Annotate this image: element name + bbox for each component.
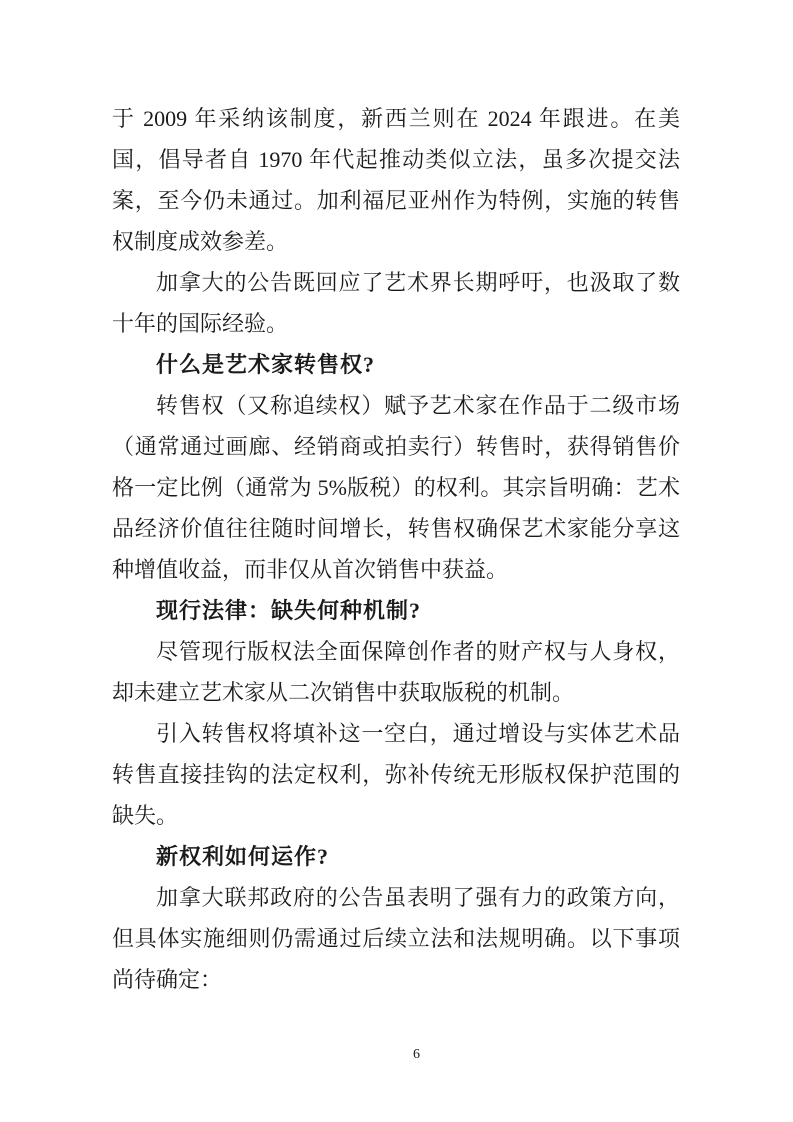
section-heading-current-law-gap: 现行法律：缺失何种机制? <box>112 590 680 631</box>
body-paragraph: 加拿大的公告既回应了艺术界长期呼吁，也汲取了数十年的国际经验。 <box>112 262 680 344</box>
section-heading-what-is-resale-right: 什么是艺术家转售权? <box>112 344 680 385</box>
body-paragraph: 尽管现行版权法全面保障创作者的财产权与人身权，却未建立艺术家从二次销售中获取版税… <box>112 631 680 713</box>
document-page: 于 2009 年采纳该制度，新西兰则在 2024 年跟进。在美国，倡导者自 19… <box>0 0 793 1122</box>
body-paragraph: 加拿大联邦政府的公告虽表明了强有力的政策方向，但具体实施细则仍需通过后续立法和法… <box>112 877 680 1000</box>
body-paragraph: 转售权（又称追续权）赋予艺术家在作品于二级市场（通常通过画廊、经销商或拍卖行）转… <box>112 385 680 590</box>
page-footer: 6 <box>40 1045 793 1065</box>
page-number: 6 <box>413 1047 420 1062</box>
body-paragraph: 于 2009 年采纳该制度，新西兰则在 2024 年跟进。在美国，倡导者自 19… <box>112 98 680 262</box>
section-heading-how-new-right-works: 新权利如何运作? <box>112 836 680 877</box>
document-body: 于 2009 年采纳该制度，新西兰则在 2024 年跟进。在美国，倡导者自 19… <box>112 98 680 1000</box>
body-paragraph: 引入转售权将填补这一空白，通过增设与实体艺术品转售直接挂钩的法定权利，弥补传统无… <box>112 713 680 836</box>
